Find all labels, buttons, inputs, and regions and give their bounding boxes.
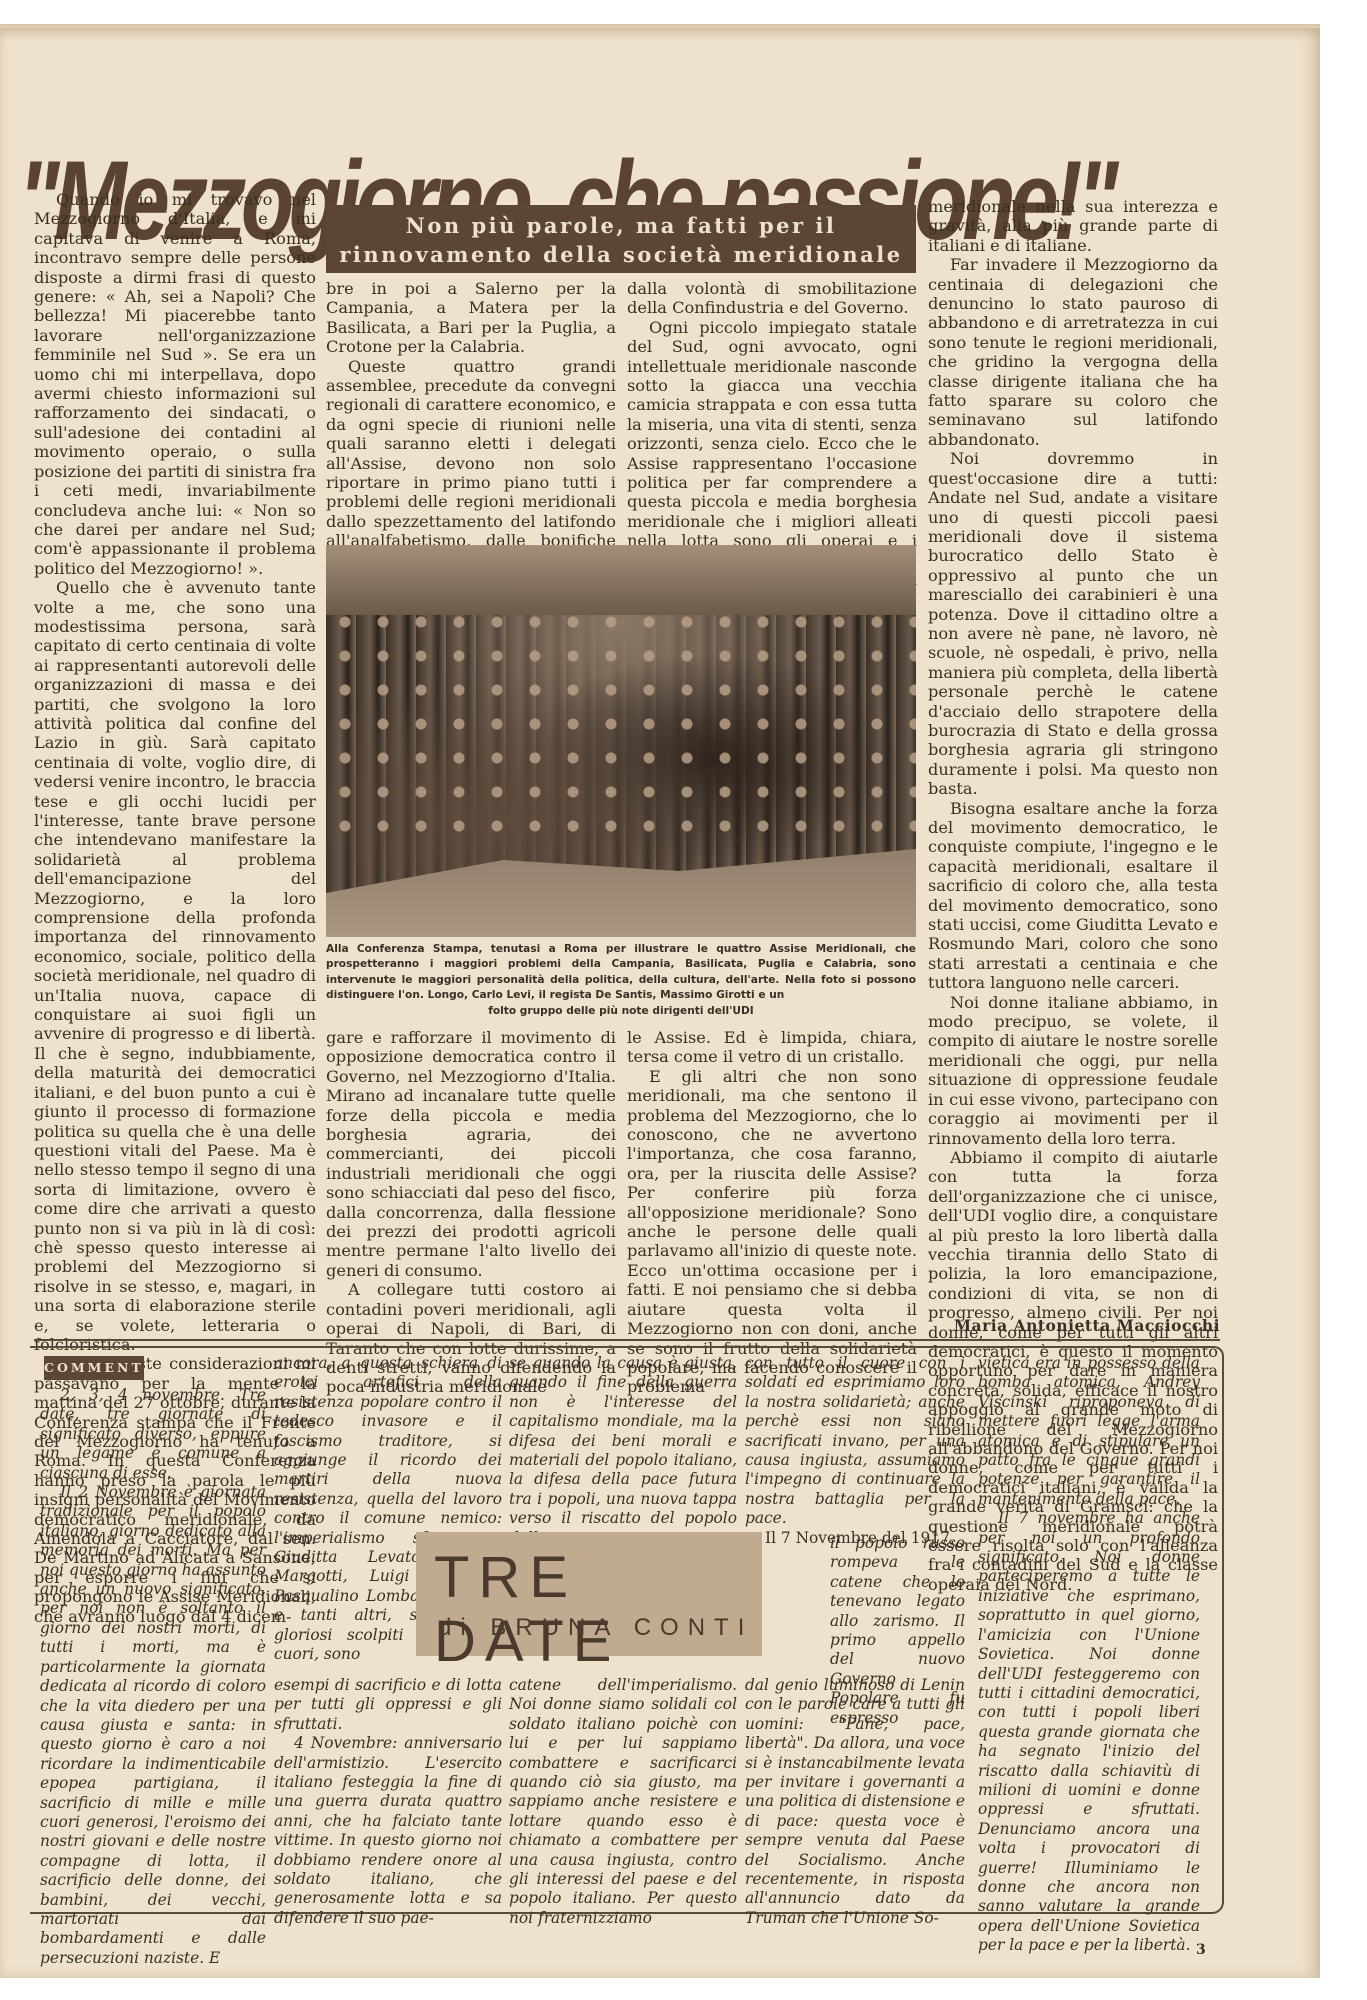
article-paragraph: dalla volontà di smobilitazione della Co…: [627, 279, 917, 318]
article-paragraph: Quando io mi trovavo nel Mezzogiorno d'I…: [34, 190, 316, 578]
photo-caption-last-line: folto gruppo delle più note dirigenti de…: [326, 1004, 916, 1019]
article-paragraph: Quello che è avvenuto tante volte a me, …: [34, 578, 316, 1354]
comments-column-4-top: con tutto il cuore con i soldati ed espr…: [745, 1354, 965, 1548]
comments-paragraph: dal genio luminoso di Lenin con le parol…: [745, 1676, 965, 1928]
comments-paragraph: con tutto il cuore con i soldati ed espr…: [745, 1354, 965, 1529]
comments-paragraph: se quando la causa è giusta, quando il f…: [509, 1354, 737, 1548]
article-paragraph: le Assise. Ed è limpida, chiara, tersa c…: [627, 1028, 917, 1067]
photo-floor: [326, 827, 916, 937]
comments-label: COMMENTI: [44, 1356, 144, 1380]
photo-caption: Alla Conferenza Stampa, tenutasi a Roma …: [326, 942, 916, 1019]
comments-title: TRE DATE: [434, 1546, 762, 1674]
article-paragraph: Far invadere il Mezzogiorno da centinaia…: [928, 255, 1218, 449]
tre-date-title-box: TRE DATE di BRUNA CONTI: [416, 1532, 762, 1656]
section-divider: [34, 1339, 1220, 1341]
comments-paragraph: esempi di sacrificio e di lotta per tutt…: [274, 1676, 502, 1734]
comments-column-2-bottom: esempi di sacrificio e di lotta per tutt…: [274, 1676, 502, 1928]
article-paragraph: Bisogna esaltare anche la forza del movi…: [928, 799, 1218, 993]
comments-column-4-bottom: dal genio luminoso di Lenin con le parol…: [745, 1676, 965, 1928]
comments-paragraph: 4 Novembre: anniversario dell'armistizio…: [274, 1734, 502, 1928]
comments-column-5: vietica era in possesso della bomba atom…: [978, 1354, 1200, 1956]
comments-column-3-top: se quando la causa è giusta, quando il f…: [509, 1354, 737, 1548]
page-number: 3: [1196, 1942, 1206, 1958]
photo-audience: [326, 605, 916, 835]
article-paragraph: meridionale nella sua interezza e gravit…: [928, 197, 1218, 255]
comments-column-1: 2, 3, 4 novembre. Tre date, tre giornate…: [40, 1386, 266, 1968]
article-column-2-bottom: gare e rafforzare il movimento di opposi…: [326, 1028, 616, 1397]
photo-caption-text: Alla Conferenza Stampa, tenutasi a Roma …: [326, 943, 916, 1001]
comments-byline: di BRUNA CONTI: [438, 1614, 753, 1642]
comments-paragraph: 2, 3, 4 novembre. Tre date, tre giornate…: [40, 1386, 266, 1483]
article-paragraph: Ogni piccolo impiegato statale del Sud, …: [627, 318, 917, 570]
comments-column-3-bottom: catene dell'imperialismo. Noi donne siam…: [509, 1676, 737, 1928]
article-paragraph: gare e rafforzare il movimento di opposi…: [326, 1028, 616, 1280]
author-signature: Maria Antonietta Macciocchi: [930, 1316, 1220, 1335]
article-column-3-bottom: le Assise. Ed è limpida, chiara, tersa c…: [627, 1028, 917, 1397]
comments-paragraph: vietica era in possesso della bomba atom…: [978, 1354, 1200, 1509]
comments-paragraph: Il 7 novembre ha anche per noi un profon…: [978, 1509, 1200, 1955]
comments-paragraph: catene dell'imperialismo. Noi donne siam…: [509, 1676, 737, 1928]
comments-paragraph: Il 2 Novembre è giornata tradizionale pe…: [40, 1483, 266, 1968]
article-paragraph: Noi donne italiane abbiamo, in modo prec…: [928, 993, 1218, 1148]
article-subhead: Non più parole, ma fatti per il rinnovam…: [326, 205, 916, 273]
article-paragraph: Noi dovremmo in quest'occasione dire a t…: [928, 449, 1218, 798]
conference-photo: [326, 545, 916, 937]
article-paragraph: bre in poi a Salerno per la Campania, a …: [326, 279, 616, 357]
